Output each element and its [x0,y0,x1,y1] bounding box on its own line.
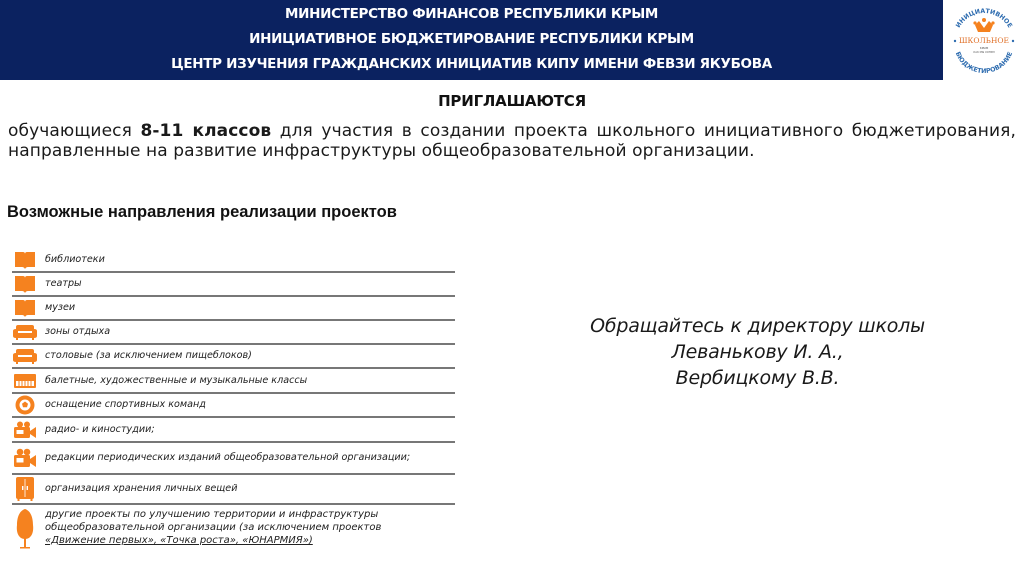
list-item: театры [12,273,455,297]
directions-title: Возможные направления реализации проекто… [7,203,397,222]
book-icon [12,251,38,269]
contact-line: Обращайтесь к директору школы [540,313,975,339]
item-label: музеи [38,302,75,314]
header-ministry: МИНИСТЕРСТВО ФИНАНСОВ РЕСПУБЛИКИ КРЫМ [285,5,658,23]
excluded-projects: «Движение первых», «Точка роста», «ЮНАРМ… [45,535,313,546]
piano-keys-icon [12,374,38,388]
invite-title: ПРИГЛАШАЮТСЯ [0,92,1024,110]
item-label: библиотеки [38,254,105,266]
ball-icon [12,395,38,415]
intro-paragraph: обучающиеся 8-11 классов для участия в с… [8,121,1016,161]
item-label: оснащение спортивных команд [38,399,206,411]
sofa-icon [12,324,38,340]
svg-text:КАК МЫ ХОТИМ: КАК МЫ ХОТИМ [973,50,994,54]
contact-block: Обращайтесь к директору школы Леванькову… [540,313,975,391]
item-label: столовые (за исключением пищеблоков) [38,350,252,362]
item-label: театры [38,278,82,290]
contact-director-name: Вербицкому В.В. [540,365,975,391]
item-label-line: общеобразовательной организации (за искл… [45,522,381,533]
list-item: редакции периодических изданий общеобраз… [12,443,455,475]
item-label: организация хранения личных вещей [38,483,237,495]
item-label: другие проекты по улучшению территории и… [38,508,381,547]
list-item: библиотеки [12,249,455,273]
book-icon [12,299,38,317]
people-crown-icon: ИНИЦИАТИВНОЕ БЮДЖЕТИРОВАНИЕ ШКОЛЬНОЕ КРЫ… [946,1,1022,79]
video-camera-icon [12,421,38,439]
list-item: балетные, художественные и музыкальные к… [12,369,455,394]
sofa-icon [12,348,38,364]
list-item: зоны отдыха [12,321,455,345]
item-label: зоны отдыха [38,326,110,338]
list-item: организация хранения личных вещей [12,475,455,505]
list-item: другие проекты по улучшению территории и… [12,505,455,551]
wardrobe-icon [12,477,38,501]
svg-text:БЮДЖЕТИРОВАНИЕ: БЮДЖЕТИРОВАНИЕ [954,51,1014,75]
list-item: оснащение спортивных команд [12,394,455,418]
contact-director-name: Леванькову И. А., [540,339,975,365]
tree-icon [12,508,38,550]
header-banner: МИНИСТЕРСТВО ФИНАНСОВ РЕСПУБЛИКИ КРЫМ ИН… [0,0,943,80]
video-camera-icon [12,448,38,468]
list-item: музеи [12,297,455,321]
svg-text:ШКОЛЬНОЕ: ШКОЛЬНОЕ [959,36,1009,45]
list-item: радио- и киностудии; [12,418,455,443]
header-center: ЦЕНТР ИЗУЧЕНИЯ ГРАЖДАНСКИХ ИНИЦИАТИВ КИП… [171,55,772,73]
item-label-line: другие проекты по улучшению территории и… [45,509,378,520]
intro-grades: 8-11 классов [140,121,271,141]
item-label: радио- и киностудии; [38,424,155,436]
item-label: балетные, художественные и музыкальные к… [38,375,307,387]
item-label: редакции периодических изданий общеобраз… [38,452,410,464]
intro-text-start: обучающиеся [8,121,140,141]
book-icon [12,275,38,293]
svg-text:КРЫМ: КРЫМ [980,46,989,50]
list-item: столовые (за исключением пищеблоков) [12,345,455,369]
directions-list: библиотеки театры музеи зоны отдыха стол… [12,249,455,551]
school-budgeting-logo: ИНИЦИАТИВНОЕ БЮДЖЕТИРОВАНИЕ ШКОЛЬНОЕ КРЫ… [946,1,1022,79]
header-initiative: ИНИЦИАТИВНОЕ БЮДЖЕТИРОВАНИЕ РЕСПУБЛИКИ К… [249,30,694,48]
